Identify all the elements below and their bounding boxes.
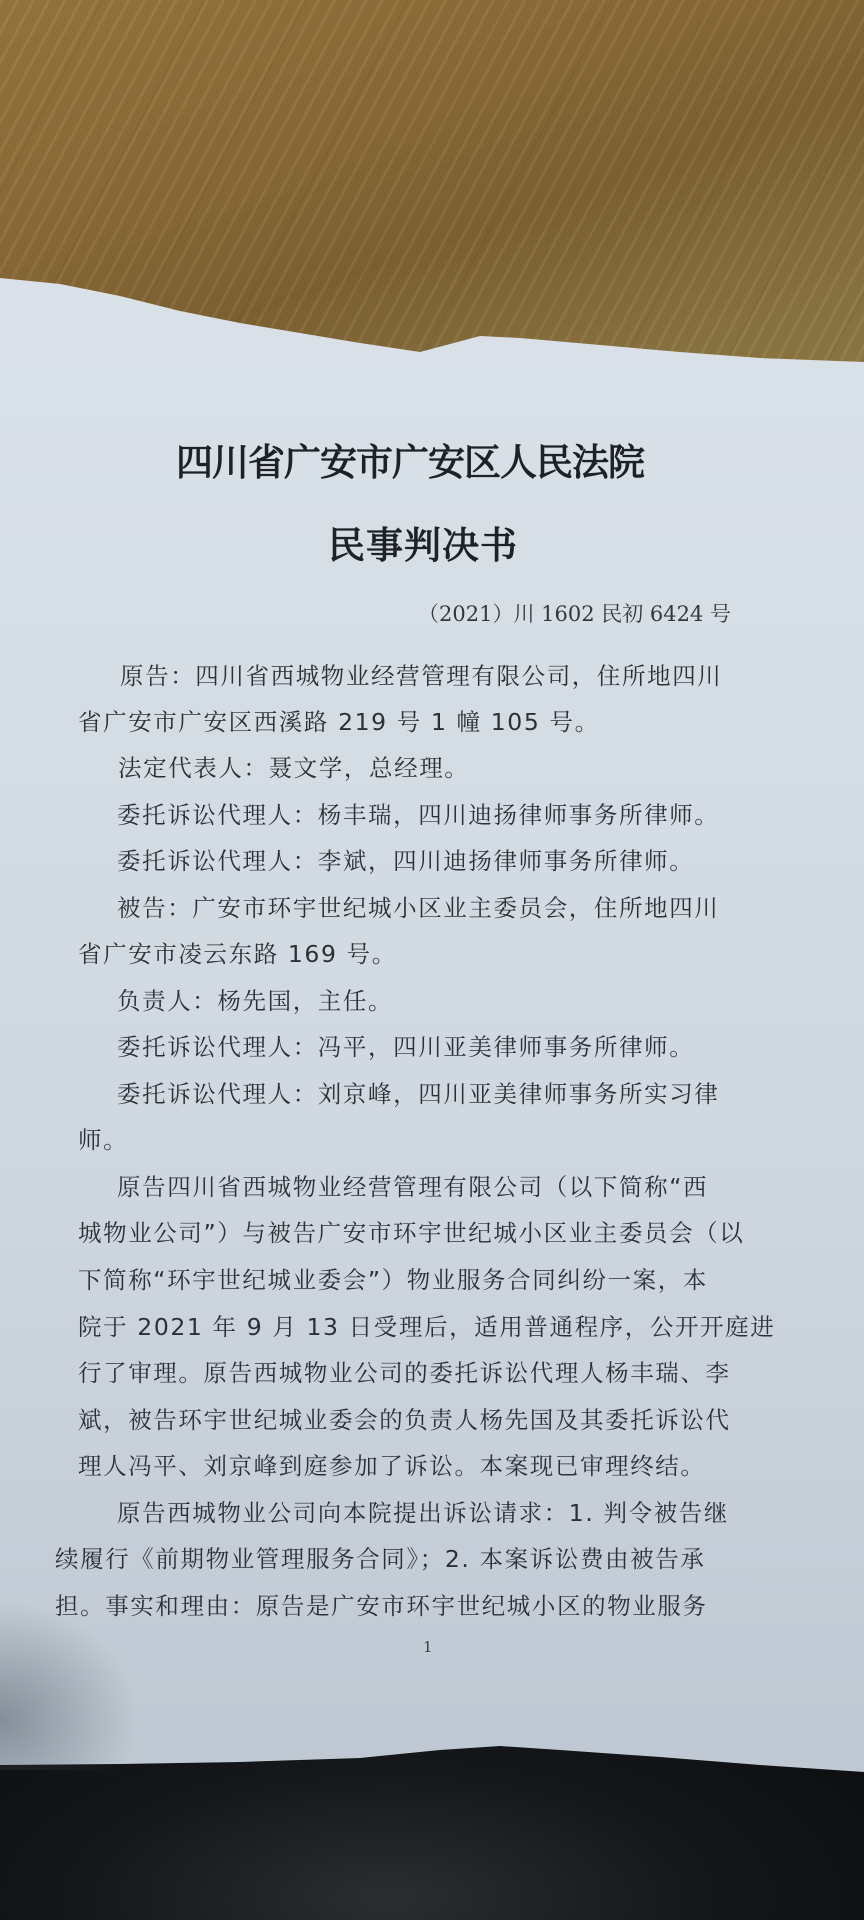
judgment-document: 四川省广安市广安区人民法院 民事判决书 （2021）川 1602 民初 6424… [0, 0, 864, 1920]
text-line: 委托诉讼代理人：刘京峰，四川亚美律师事务所实习律 [117, 1075, 719, 1109]
text-line: 师。 [78, 1121, 128, 1155]
court-name-heading: 四川省广安市广安区人民法院 [176, 432, 644, 486]
text-line: 委托诉讼代理人：杨丰瑞，四川迪扬律师事务所律师。 [117, 796, 719, 830]
text-line: 省广安市广安区西溪路 219 号 1 幢 105 号。 [78, 703, 600, 737]
text-line: 担。事实和理由：原告是广安市环宇世纪城小区的物业服务 [55, 1587, 708, 1621]
text-line: 理人冯平、刘京峰到庭参加了诉讼。本案现已审理终结。 [78, 1447, 706, 1481]
text-line: 法定代表人：聂文学，总经理。 [118, 749, 469, 783]
text-line: 委托诉讼代理人：李斌，四川迪扬律师事务所律师。 [117, 842, 694, 876]
text-line: 院于 2021 年 9 月 13 日受理后，适用普通程序，公开开庭进 [78, 1308, 775, 1342]
text-line: 下简称“环宇世纪城业委会”）物业服务合同纠纷一案，本 [78, 1261, 708, 1295]
text-line: 原告西城物业公司向本院提出诉讼请求：1. 判令被告继 [117, 1494, 729, 1528]
text-line: 原告：四川省西城物业经营管理有限公司，住所地四川 [120, 657, 722, 691]
text-line: 被告：广安市环宇世纪城小区业主委员会，住所地四川 [117, 889, 719, 923]
text-line: 负责人：杨先国，主任。 [117, 982, 393, 1016]
text-line: 斌，被告环宇世纪城业委会的负责人杨先国及其委托诉讼代 [78, 1401, 731, 1435]
text-line: 续履行《前期物业管理服务合同》；2. 本案诉讼费由被告承 [55, 1540, 705, 1574]
text-line: 原告四川省西城物业经营管理有限公司（以下简称“西 [117, 1168, 708, 1202]
text-line: 行了审理。原告西城物业公司的委托诉讼代理人杨丰瑞、李 [78, 1354, 731, 1388]
page-number: 1 [423, 1638, 433, 1656]
text-line: 省广安市凌云东路 169 号。 [78, 935, 397, 969]
text-line: 委托诉讼代理人：冯平，四川亚美律师事务所律师。 [117, 1028, 694, 1062]
text-line: 城物业公司”）与被告广安市环宇世纪城小区业主委员会（以 [78, 1214, 744, 1248]
case-number: （2021）川 1602 民初 6424 号 [418, 598, 731, 628]
document-type-heading: 民事判决书 [328, 515, 518, 569]
